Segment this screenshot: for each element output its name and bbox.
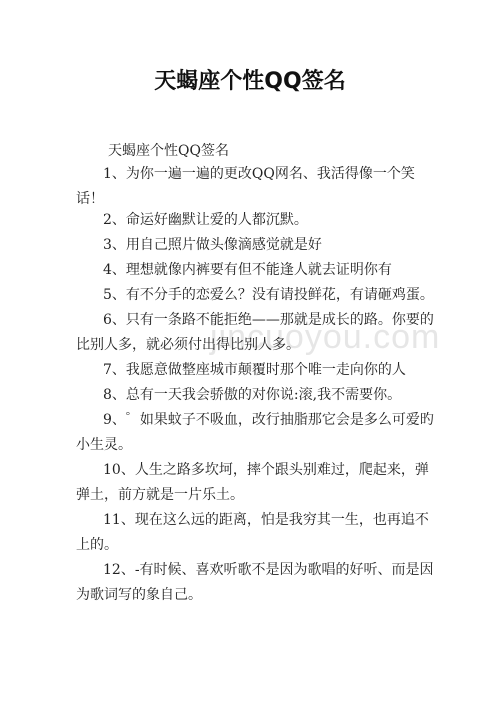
signature-line-9: 9、゜如果蚊子不吸血，改行抽脂那它会是多么可爱旳小生灵。 — [76, 408, 436, 458]
signature-line-3: 3、用自己照片做头像滴感觉就是好 — [76, 233, 436, 258]
signature-line-6: 6、只有一条路不能拒绝——那就是成长的路。你要的比别人多，就必须付出得比别人多。 — [76, 308, 436, 358]
line-1-block: 1、为你一遍一遍的更改QQ网名、我活得像一个笑话！ — [76, 162, 436, 212]
signature-line-5: 5、有不分手的恋爱么？没有请投鲜花，有请砸鸡蛋。 — [76, 283, 436, 308]
document-title: 天蝎座个性QQ签名 — [0, 64, 500, 95]
signature-line-2: 2、命运好幽默让爱的人都沉默。 — [76, 208, 436, 233]
signature-line-12: 12、-有时候、喜欢听歌不是因为歌唱的好听、而是因为歌词写的象自己。 — [76, 558, 436, 608]
lines-2-5-block: 2、命运好幽默让爱的人都沉默。 3、用自己照片做头像滴感觉就是好 4、理想就像内… — [76, 208, 436, 608]
document-subtitle: 天蝎座个性QQ签名 — [108, 140, 229, 160]
signature-line-11: 11、现在这么远的距离，怕是我穷其一生，也再追不上的。 — [76, 508, 436, 558]
signature-line-4: 4、理想就像内裤要有但不能逢人就去证明你有 — [76, 258, 436, 283]
signature-line-7: 7、我愿意做整座城市颠覆时那个唯一走向你的人 — [76, 358, 436, 383]
signature-line-8: 8、总有一天我会骄傲的对你说:滚,我不需要你。 — [76, 383, 436, 408]
signature-line-10: 10、人生之路多坎坷，摔个跟头别难过，爬起来，弹弹土，前方就是一片乐土。 — [76, 458, 436, 508]
signature-line-1: 1、为你一遍一遍的更改QQ网名、我活得像一个笑话！ — [76, 162, 436, 212]
